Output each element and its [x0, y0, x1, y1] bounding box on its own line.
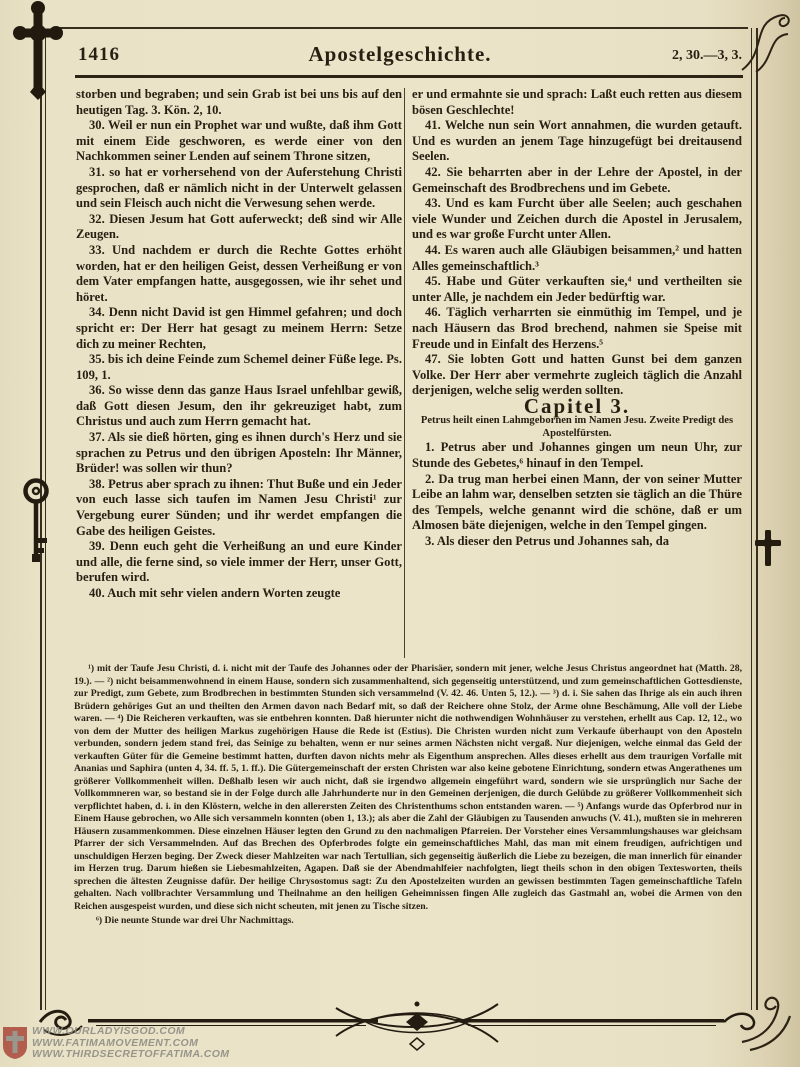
chapter-summary: Petrus heilt einen Lahmgebornen im Namen… [412, 414, 742, 440]
verse-paragraph: 43. Und es kam Furcht über alle Seelen; … [412, 196, 742, 243]
verse-paragraph: 36. So wisse denn das ganze Haus Israel … [76, 383, 402, 430]
header-rule [75, 75, 743, 78]
verse-paragraph: 34. Denn nicht David ist gen Himmel gefa… [76, 305, 402, 352]
shield-logo-icon [2, 1026, 28, 1060]
verse-paragraph: 45. Habe und Güter verkauften sie,⁴ und … [412, 274, 742, 305]
verse-paragraph: 44. Es waren auch alle Gläubigen beisamm… [412, 243, 742, 274]
verse-paragraph: 3. Als dieser den Petrus und Johannes sa… [412, 534, 742, 550]
frame-right-outer-line [756, 28, 758, 1010]
verse-paragraph: 42. Sie beharrten aber in der Lehre der … [412, 165, 742, 196]
column-divider [404, 88, 405, 658]
small-cross-ornament-icon [753, 528, 783, 568]
page-number: 1416 [78, 44, 120, 66]
verse-paragraph: 31. so hat er vorhersehend von der Aufer… [76, 165, 402, 212]
verse-paragraph: 46. Täglich verharrten sie einmüthig im … [412, 305, 742, 352]
verse-paragraph: 47. Sie lobten Gott und hatten Gunst bei… [412, 352, 742, 399]
watermark: WWW.OURLADYISGOD.COM WWW.FATIMAMOVEMENT.… [2, 1026, 229, 1061]
chapter-heading: Capitel 3. [412, 399, 742, 415]
verse-paragraph: 2. Da trug man herbei einen Mann, der vo… [412, 472, 742, 534]
frame-top-line [58, 27, 748, 29]
verse-paragraph: 35. bis ich deine Feinde zum Schemel dei… [76, 352, 402, 383]
page-title: Apostelgeschichte. [200, 42, 600, 67]
skeleton-key-ornament-icon [14, 476, 58, 568]
budded-cross-ornament-icon [12, 0, 64, 100]
verse-paragraph: 37. Als sie dieß hörten, ging es ihnen d… [76, 430, 402, 477]
verse-paragraph: 38. Petrus aber sprach zu ihnen: Thut Bu… [76, 477, 402, 539]
verse-paragraph: 33. Und nachdem er durch die Rechte Gott… [76, 243, 402, 305]
verse-paragraph: 30. Weil er nun ein Prophet war und wußt… [76, 118, 402, 165]
scroll-flourish-ornament-icon [738, 6, 796, 76]
footnote-block: ¹) mit der Taufe Jesu Christi, d. i. nic… [74, 663, 742, 928]
verse-paragraph: er und ermahnte sie und sprach: Laßt euc… [412, 87, 742, 118]
watermark-line: WWW.OURLADYISGOD.COM [32, 1026, 229, 1038]
left-text-column: storben und begraben; und sein Grab ist … [76, 87, 402, 662]
verse-range: 2, 30.—3, 3. [672, 48, 742, 64]
scanned-bible-page: 1416 Apostelgeschichte. 2, 30.—3, 3. sto… [0, 0, 800, 1067]
verse-paragraph: 41. Welche nun sein Wort annahmen, die w… [412, 118, 742, 165]
frame-right-inner-line [751, 28, 752, 1010]
verse-paragraph: 1. Petrus aber und Johannes gingen um ne… [412, 440, 742, 471]
footnote-text: ¹) mit der Taufe Jesu Christi, d. i. nic… [74, 663, 742, 913]
footnote-text: ⁶) Die neunte Stunde war drei Uhr Nachmi… [74, 915, 742, 928]
verse-paragraph: 32. Diesen Jesum hat Gott auferweckt; de… [76, 212, 402, 243]
right-text-column: er und ermahnte sie und sprach: Laßt euc… [412, 87, 742, 662]
verse-paragraph: 39. Denn euch geht die Verheißung an und… [76, 539, 402, 586]
verse-paragraph: 40. Auch mit sehr vielen andern Worten z… [76, 586, 402, 602]
verse-paragraph: storben und begraben; und sein Grab ist … [76, 87, 402, 118]
watermark-line: WWW.THIRDSECRETOFFATIMA.COM [32, 1049, 229, 1061]
